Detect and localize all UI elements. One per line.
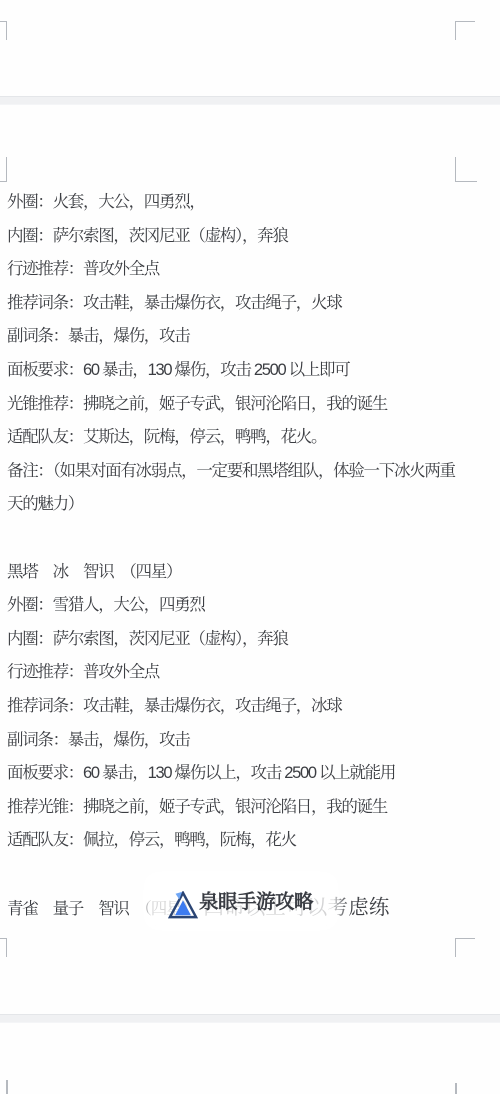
triangle-mountain-logo-icon — [168, 891, 198, 919]
crop-mark-next-page-top-right — [455, 1083, 457, 1094]
text-line: 外圈：火套，大公，四勇烈， — [7, 186, 477, 220]
crop-mark-page-top-left — [0, 157, 7, 182]
text-line: 适配队友：艾斯达，阮梅，停云，鸭鸭，花火。 — [7, 421, 477, 455]
page-gap-top — [0, 96, 500, 105]
text-line: 推荐词条：攻击鞋，暴击爆伤衣，攻击绳子，火球 — [7, 287, 477, 321]
text-line: 面板要求：60 暴击，130 爆伤，攻击 2500 以上即可 — [7, 354, 477, 388]
text-line: 行迹推荐：普攻外全点 — [7, 253, 477, 287]
crop-mark-next-page-top-left — [6, 1080, 8, 1094]
text-line: 推荐词条：攻击鞋，暴击爆伤衣，攻击绳子，冰球 — [7, 690, 477, 724]
text-line: 推荐光锥：拂晓之前，姬子专武，银河沦陷日，我的诞生 — [7, 791, 477, 825]
text-line: 适配队友：佩拉，停云，鸭鸭，阮梅，花火 — [7, 824, 477, 858]
text-line: 光锥推荐：拂晓之前，姬子专武，银河沦陷日，我的诞生 — [7, 388, 477, 422]
text-line: 内圈：萨尔索图，茨冈尼亚（虚构），奔狼 — [7, 220, 477, 254]
text-line: 副词条：暴击，爆伤，攻击 — [7, 724, 477, 758]
text-line: 外圈：雪猎人，大公，四勇烈 — [7, 589, 477, 623]
text-line: 天的魅力） — [7, 488, 477, 522]
text-line: 行迹推荐：普攻外全点 — [7, 656, 477, 690]
page-gap-bottom — [0, 1014, 500, 1023]
text-line: 备注：（如果对面有冰弱点，一定要和黑塔组队，体验一下冰火两重 — [7, 455, 477, 489]
document-viewport: 外圈：火套，大公，四勇烈，内圈：萨尔索图，茨冈尼亚（虚构），奔狼行迹推荐：普攻外… — [0, 0, 500, 1094]
text-line: 内圈：萨尔索图，茨冈尼亚（虚构），奔狼 — [7, 623, 477, 657]
watermark-text: 泉眼手游攻略 — [199, 886, 313, 914]
crop-mark-prev-page-bottom-left — [0, 21, 7, 40]
text-line: 面板要求：60 暴击，130 爆伤以上，攻击 2500 以上就能用 — [7, 757, 477, 791]
crop-mark-page-bottom-left — [0, 938, 7, 957]
text-line — [7, 522, 477, 556]
crop-mark-page-top-right — [455, 157, 477, 182]
crop-mark-page-bottom-right — [455, 938, 475, 957]
text-line: 黑塔 冰 智识 （四星） — [7, 556, 477, 590]
text-line: 副词条：暴击，爆伤，攻击 — [7, 320, 477, 354]
watermark: 泉眼手游攻略 — [148, 876, 334, 926]
document-text: 外圈：火套，大公，四勇烈，内圈：萨尔索图，茨冈尼亚（虚构），奔狼行迹推荐：普攻外… — [7, 186, 477, 925]
crop-mark-prev-page-bottom-right — [455, 21, 475, 40]
